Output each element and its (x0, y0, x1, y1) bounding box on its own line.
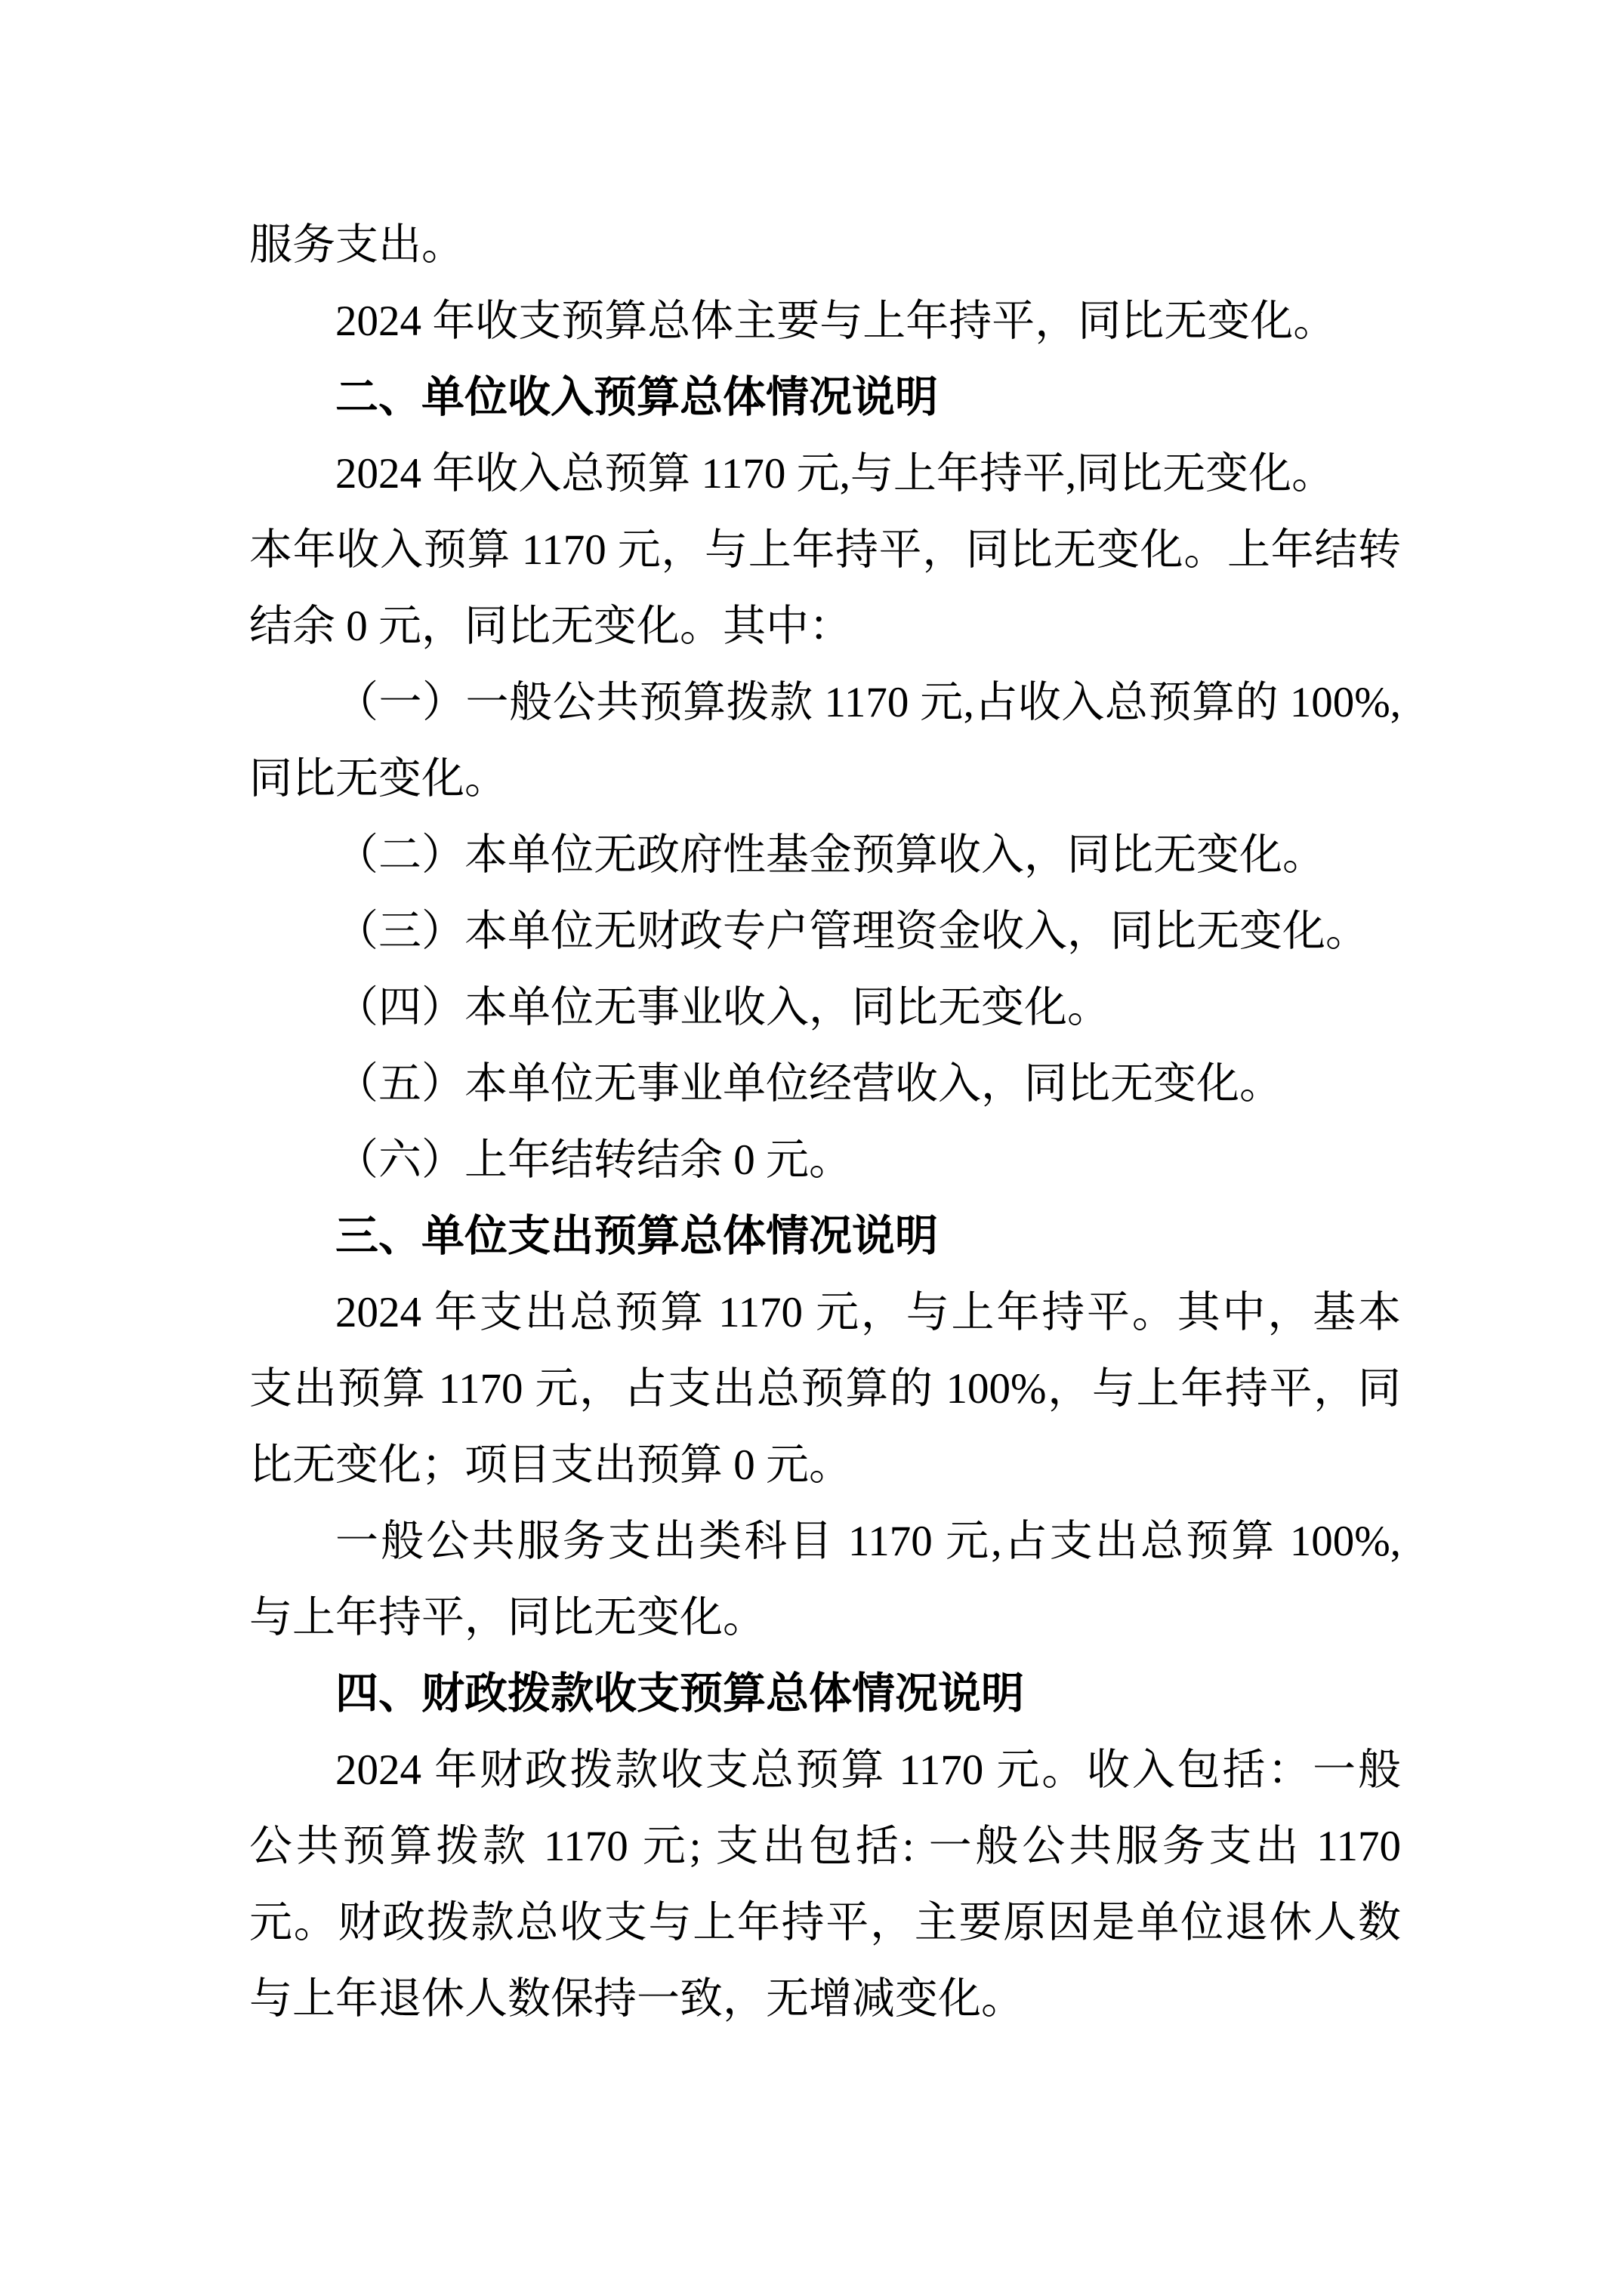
text-line: （四）本单位无事业收入，同比无变化。 (249, 969, 1401, 1046)
text-line: （六）上年结转结余 0 元。 (249, 1122, 1401, 1198)
section-heading-2: 二、单位收入预算总体情况说明 (249, 359, 1401, 436)
text-line: 与上年退休人数保持一致，无增减变化。 (249, 1961, 1401, 2037)
section-heading-3: 三、单位支出预算总体情况说明 (249, 1198, 1401, 1274)
text-line: 2024 年财政拨款收支总预算 1170 元。收入包括：一般 (249, 1732, 1401, 1808)
text-line: （三）本单位无财政专户管理资金收入，同比无变化。 (249, 893, 1401, 969)
text-line: 结余 0 元，同比无变化。其中： (249, 588, 1401, 664)
text-line: 服务支出。 (249, 207, 1401, 283)
text-line: 同比无变化。 (249, 741, 1401, 817)
document-page: 服务支出。 2024 年收支预算总体主要与上年持平，同比无变化。 二、单位收入预… (0, 0, 1623, 2296)
text-line: 本年收入预算 1170 元，与上年持平，同比无变化。上年结转 (249, 512, 1401, 588)
text-line: （一）一般公共预算拨款 1170 元,占收入总预算的 100%, (249, 664, 1401, 741)
text-line: 比无变化；项目支出预算 0 元。 (249, 1427, 1401, 1503)
text-line: （五）本单位无事业单位经营收入，同比无变化。 (249, 1046, 1401, 1122)
text-line: 支出预算 1170 元，占支出总预算的 100%，与上年持平，同 (249, 1351, 1401, 1427)
text-line: 公共预算拨款 1170 元; 支出包括: 一般公共服务支出 1170 (249, 1808, 1401, 1885)
section-heading-4: 四、财政拨款收支预算总体情况说明 (249, 1656, 1401, 1732)
text-line: 2024 年收支预算总体主要与上年持平，同比无变化。 (249, 283, 1401, 359)
text-line: 2024 年收入总预算 1170 元,与上年持平,同比无变化。 (249, 436, 1401, 512)
text-line: 与上年持平，同比无变化。 (249, 1579, 1401, 1656)
text-line: 一般公共服务支出类科目 1170 元,占支出总预算 100%, (249, 1503, 1401, 1579)
text-line: 2024 年支出总预算 1170 元，与上年持平。其中，基本 (249, 1274, 1401, 1351)
text-line: 元。财政拨款总收支与上年持平，主要原因是单位退休人数 (249, 1885, 1401, 1961)
text-line: （二）本单位无政府性基金预算收入，同比无变化。 (249, 817, 1401, 893)
